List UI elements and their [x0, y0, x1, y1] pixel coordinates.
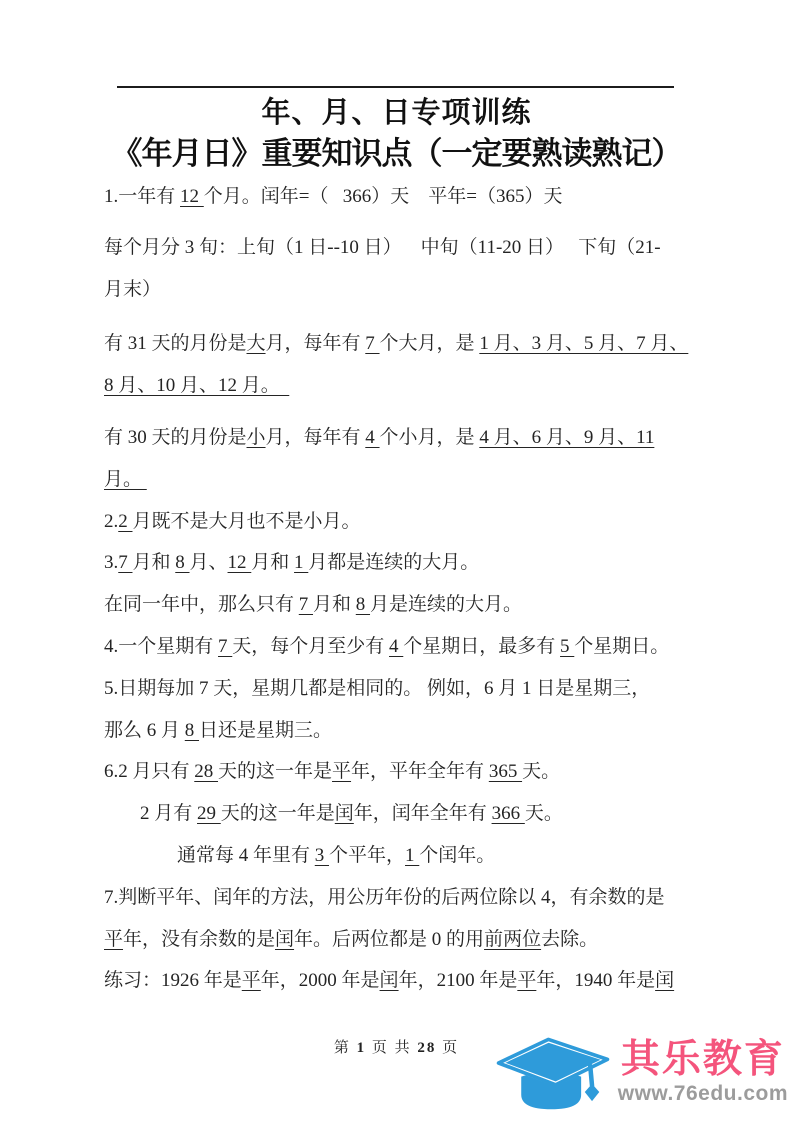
text-segment: 个平年， — [329, 845, 405, 866]
text-segment: 月，每年有 — [266, 333, 366, 354]
text-segment: 闰 — [335, 803, 354, 824]
text-segment: 个小月，是 — [380, 427, 480, 448]
body-line: 练习：1926 年是平年，2000 年是闰年，2100 年是平年，1940 年是… — [104, 960, 704, 1002]
body-line: 3.7 月和 8 月、12 月和 1 月都是连续的大月。 — [104, 542, 704, 584]
text-segment: 8 — [175, 552, 189, 573]
text-segment: 天，每个月至少有 — [232, 636, 389, 657]
text-segment: 页 共 — [366, 1040, 417, 1056]
text-segment: 4.一个星期有 — [104, 636, 218, 657]
text-segment: 5 — [560, 636, 574, 657]
header-divider — [117, 86, 674, 88]
text-segment: 个月。闰年=（ 366）天 平年=（365）天 — [204, 186, 563, 207]
text-segment: 年，闰年全年有 — [354, 803, 492, 824]
text-segment: 年，平年全年有 — [351, 761, 489, 782]
text-segment: 29 — [197, 803, 221, 824]
body-line: 平年，没有余数的是闰年。后两位都是 0 的用前两位去除。 — [104, 919, 704, 961]
text-segment: 7 — [218, 636, 232, 657]
graduation-cap-icon — [494, 1033, 612, 1113]
text-segment: 第 — [334, 1040, 357, 1056]
text-segment: 月，每年有 — [266, 427, 366, 448]
text-segment: 年，2000 年是 — [261, 970, 380, 991]
text-segment: 天的这一年是 — [218, 761, 332, 782]
text-segment: 365 — [489, 761, 522, 782]
text-segment: 去除。 — [541, 929, 598, 950]
text-segment: 小 — [247, 427, 266, 448]
brand-logo: 其乐教育 www.76edu.com — [494, 1033, 788, 1113]
text-segment: 366 — [492, 803, 525, 824]
text-segment: 年，1940 年是 — [536, 970, 655, 991]
text-segment: 月和 — [133, 552, 176, 573]
text-segment: 7 — [365, 333, 379, 354]
text-segment: 平 — [104, 929, 123, 950]
brand-text: 其乐教育 www.76edu.com — [618, 1040, 788, 1106]
text-segment: 月。 — [104, 469, 147, 490]
body-line: 8 月、10 月、12 月。 — [104, 365, 704, 407]
text-segment: 年，2100 年是 — [399, 970, 518, 991]
text-segment: 月末） — [104, 279, 161, 300]
body-line: 6.2 月只有 28 天的这一年是平年，平年全年有 365 天。 — [104, 751, 704, 793]
text-segment: 1.一年有 — [104, 186, 180, 207]
text-segment: 个闰年。 — [419, 845, 495, 866]
text-segment: 8 — [185, 720, 199, 741]
text-segment: 7.判断平年、闰年的方法，用公历年份的后两位除以 4，有余数的是 — [104, 887, 665, 908]
text-segment: 1 — [357, 1040, 367, 1056]
text-segment: 3 — [315, 845, 329, 866]
text-segment: 12 — [180, 186, 204, 207]
text-segment: 1 — [294, 552, 308, 573]
text-segment: 通常每 4 年里有 — [177, 845, 315, 866]
body-line: 2 月有 29 天的这一年是闰年，闰年全年有 366 天。 — [104, 793, 704, 835]
text-segment: 平 — [517, 970, 536, 991]
text-segment: 28 — [417, 1040, 436, 1056]
body-line: 月末） — [104, 269, 704, 311]
body-line: 月。 — [104, 459, 704, 501]
body-line: 1.一年有 12 个月。闰年=（ 366）天 平年=（365）天 — [104, 176, 704, 218]
text-segment: 月和 — [313, 594, 356, 615]
text-segment: 有 30 天的月份是 — [104, 427, 247, 448]
text-segment: 年，没有余数的是 — [123, 929, 275, 950]
text-segment: 个大月，是 — [380, 333, 480, 354]
text-segment: 闰 — [380, 970, 399, 991]
text-segment: 2 月有 — [140, 803, 197, 824]
text-segment: 天。 — [525, 803, 563, 824]
text-segment: 月既不是大月也不是小月。 — [133, 511, 361, 532]
body-line: 那么 6 月 8 日还是星期三。 — [104, 710, 704, 752]
text-segment: 前两位 — [484, 929, 541, 950]
page-title: 年、月、日专项训练 — [0, 95, 793, 131]
text-segment: 有 31 天的月份是 — [104, 333, 247, 354]
brand-url: www.76edu.com — [618, 1082, 788, 1106]
text-segment: 平 — [242, 970, 261, 991]
document-page: 年、月、日专项训练 《年月日》重要知识点（一定要熟读熟记） 1.一年有 12 个… — [0, 0, 793, 1122]
text-segment: 天的这一年是 — [221, 803, 335, 824]
body-line: 有 31 天的月份是大月，每年有 7 个大月，是 1 月、3 月、5 月、7 月… — [104, 323, 704, 365]
text-segment: 大 — [247, 333, 266, 354]
text-segment: 练习：1926 年是 — [104, 970, 242, 991]
text-segment: 4 月、6 月、9 月、11 — [479, 427, 654, 448]
text-segment: 2 — [118, 511, 132, 532]
text-segment: 7 — [118, 552, 132, 573]
text-segment: 1 — [405, 845, 419, 866]
text-segment: 月是连续的大月。 — [370, 594, 522, 615]
body-line: 4.一个星期有 7 天，每个月至少有 4 个星期日，最多有 5 个星期日。 — [104, 626, 704, 668]
text-segment: 8 月、10 月、12 月。 — [104, 375, 289, 396]
text-segment: 天。 — [522, 761, 560, 782]
body-line: 2.2 月既不是大月也不是小月。 — [104, 501, 704, 543]
body-text: 1.一年有 12 个月。闰年=（ 366）天 平年=（365）天每个月分 3 旬… — [104, 176, 704, 1002]
body-line: 有 30 天的月份是小月，每年有 4 个小月，是 4 月、6 月、9 月、11 — [104, 417, 704, 459]
text-segment: 平 — [332, 761, 351, 782]
text-segment: 4 — [365, 427, 379, 448]
body-line: 7.判断平年、闰年的方法，用公历年份的后两位除以 4，有余数的是 — [104, 877, 704, 919]
text-segment: 月都是连续的大月。 — [308, 552, 479, 573]
text-segment: 闰 — [275, 929, 294, 950]
text-segment: 月和 — [251, 552, 294, 573]
page-subtitle: 《年月日》重要知识点（一定要熟读熟记） — [0, 134, 793, 174]
text-segment: 个星期日，最多有 — [403, 636, 560, 657]
text-segment: 5.日期每加 7 天，星期几都是相同的。 例如，6 月 1 日是星期三， — [104, 678, 650, 699]
text-segment: 3. — [104, 552, 118, 573]
text-segment: 8 — [356, 594, 370, 615]
text-segment: 个星期日。 — [574, 636, 669, 657]
text-segment: 闰 — [655, 970, 674, 991]
body-line: 每个月分 3 旬：上旬（1 日--10 日） 中旬（11-20 日） 下旬（21… — [104, 227, 704, 269]
text-segment: 日还是星期三。 — [199, 720, 332, 741]
text-segment: 4 — [389, 636, 403, 657]
text-segment: 在同一年中，那么只有 — [104, 594, 299, 615]
text-segment: 6.2 月只有 — [104, 761, 194, 782]
body-line: 5.日期每加 7 天，星期几都是相同的。 例如，6 月 1 日是星期三， — [104, 668, 704, 710]
text-segment: 那么 6 月 — [104, 720, 185, 741]
text-segment: 页 — [436, 1040, 459, 1056]
text-segment: 7 — [299, 594, 313, 615]
text-segment: 月、 — [190, 552, 228, 573]
body-line: 通常每 4 年里有 3 个平年，1 个闰年。 — [104, 835, 704, 877]
text-segment: 28 — [194, 761, 218, 782]
text-segment: 每个月分 3 旬：上旬（1 日--10 日） 中旬（11-20 日） 下旬（21… — [104, 237, 661, 258]
text-segment: 12 — [228, 552, 252, 573]
text-segment: 2. — [104, 511, 118, 532]
body-line: 在同一年中，那么只有 7 月和 8 月是连续的大月。 — [104, 584, 704, 626]
brand-name: 其乐教育 — [621, 1040, 785, 1081]
text-segment: 年。后两位都是 0 的用 — [294, 929, 484, 950]
text-segment: 1 月、3 月、5 月、7 月、 — [479, 333, 688, 354]
